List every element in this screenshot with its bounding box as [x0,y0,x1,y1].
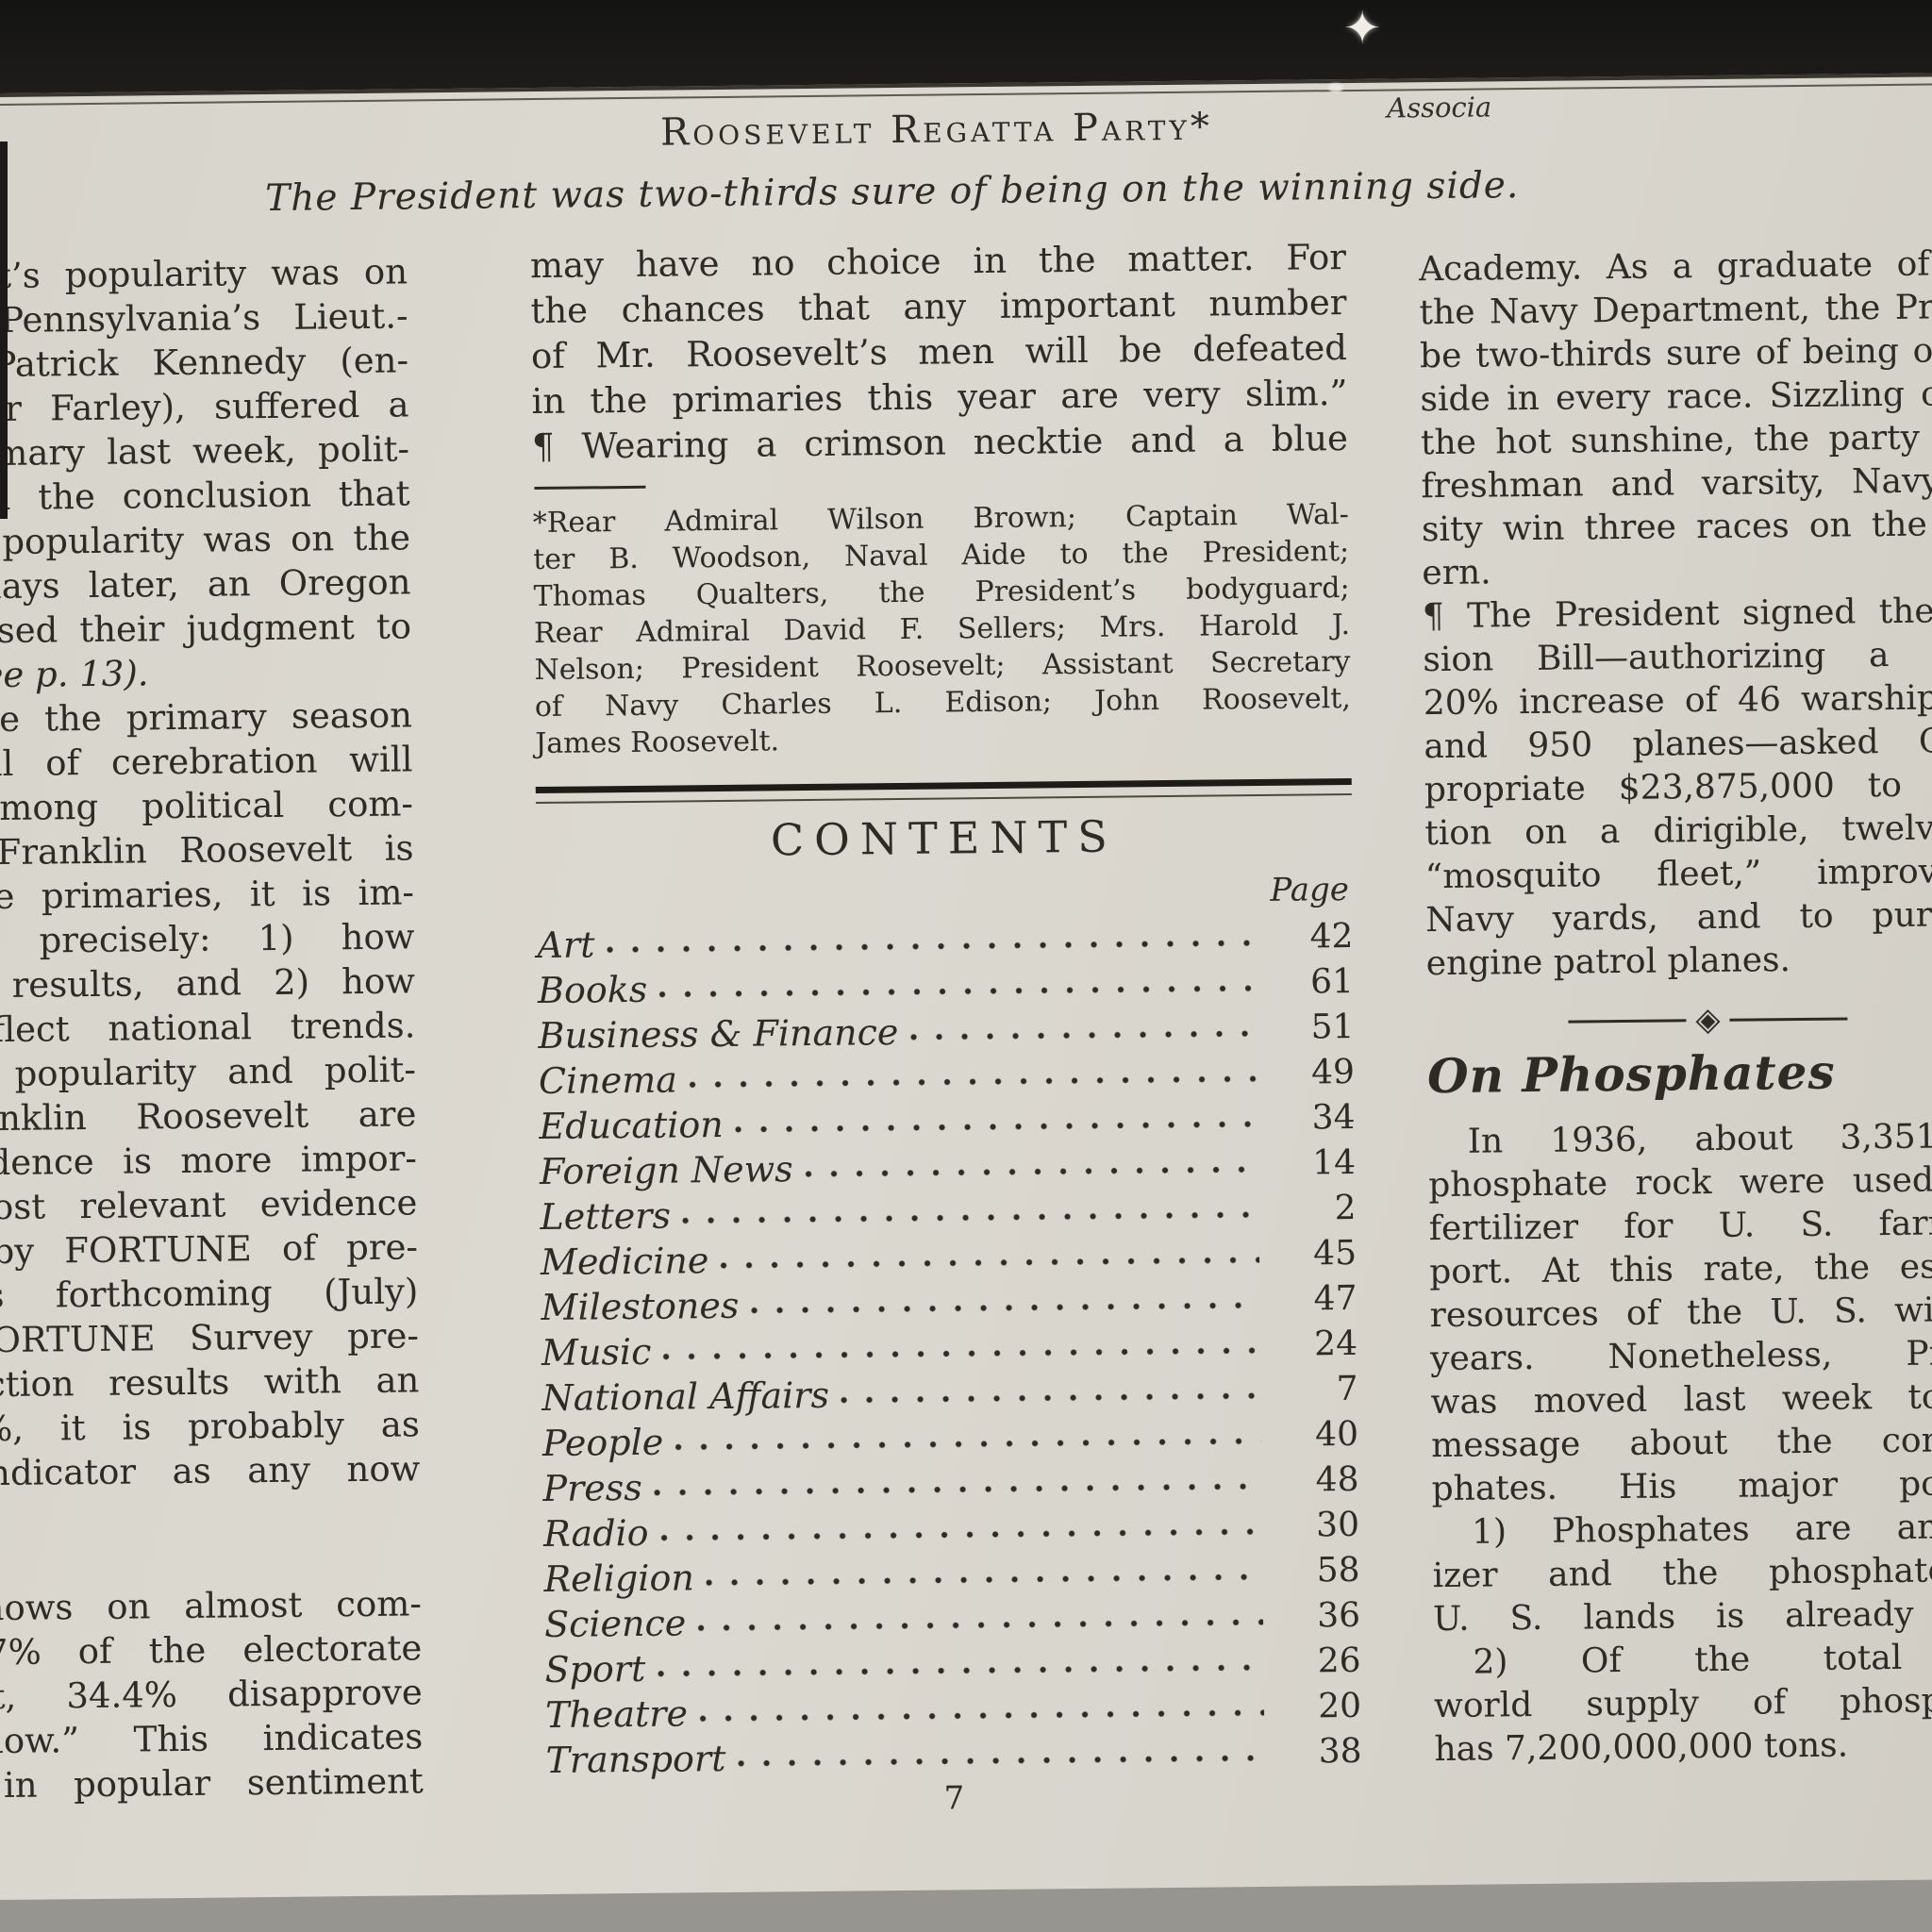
text-line: In 1936, about 3,351,000 [1428,1115,1932,1164]
photo-caption-title: Roosevelt Regatta Party* [528,104,1344,156]
contents-section-label: Art [537,924,594,966]
dot-leader [662,1347,1260,1360]
text-line: sity win three races on the spa [1422,503,1932,552]
text-line: ern. [1422,546,1932,595]
text-line: k’s most relevant evidence [0,1180,418,1230]
text-line: osevelt, 34.4% disapprove [0,1670,423,1720]
dot-leader [699,1709,1264,1722]
contents-page-number: 49 [1265,1052,1355,1094]
dot-leader [660,1528,1263,1541]
text-line: ee p. 13). [0,648,412,698]
contents-section-label: Education [539,1104,724,1147]
footnote: *Rear Admiral Wilson Brown; Captain Wal-… [533,496,1352,762]
contents-page-number: 14 [1266,1142,1356,1185]
dot-leader [909,1030,1257,1041]
text-line: Four days later, an Oregon [0,559,411,609]
magazine-page: Associa Roosevelt Regatta Party* The Pre… [0,71,1932,1901]
contents-row: Transport 38 [545,1727,1361,1781]
contents-page-number: 48 [1269,1459,1358,1502]
dot-leader [658,985,1257,998]
dot-leader [735,1121,1258,1133]
contents-rule-thin [536,793,1352,804]
text-line: reached the conclusion that [0,471,410,521]
section-heading: On Phosphates [1427,1042,1932,1104]
text-line: ate primary last week, polit- [0,426,409,476]
text-line: be two-thirds sure of being on th [1420,329,1932,378]
contents-page-number: 30 [1270,1505,1359,1547]
contents-section-label: Foreign News [540,1148,793,1192]
text-line: 5 election results with an [0,1357,420,1407]
contents-page-number: 26 [1271,1641,1360,1683]
text-line: phosphate rock were used, ch [1428,1158,1932,1207]
text-line: When Pennsylvania’s Lieut.- [0,293,408,343]
text-line: ical indicator as any now [0,1446,421,1496]
text-line: of its forthcoming (July) [0,1269,419,1319]
photo-caption-subtitle: The President was two-thirds sure of bei… [265,164,1520,220]
text-line: nade by FORTUNE of pre- [0,1224,418,1274]
text-line: ific toll of cerebration will [0,737,413,787]
contents-section-label: Radio [543,1512,649,1555]
dot-leader [737,1755,1264,1767]
page-number: 7 [546,1775,1362,1822]
left-column-block1: oosevelt’s popularity was onWhen Pennsyl… [0,249,421,1496]
contents-page-number: 42 [1263,916,1353,958]
contents-page-number: 7 [1268,1369,1357,1411]
diamond-divider-icon: ◈ [1695,1004,1721,1036]
text-line: engine patrol planes. [1426,937,1932,986]
dot-leader [750,1302,1259,1314]
text-line: ken among political com- [0,781,413,831]
contents-table: Art 42 Books 61 Business & Finance 51 Ci… [537,912,1362,1781]
contents-page-number: 2 [1266,1188,1356,1230]
dot-leader [654,1483,1262,1496]
section-divider: ◈ [1568,1001,1932,1038]
text-line: years. Nonetheless, Presid [1430,1332,1932,1381]
dot-leader [720,1257,1259,1269]
contents-section-label: Business & Finance [538,1011,898,1057]
text-line: lts reflect national trends. [0,1003,416,1053]
left-column-block2: ow shows on almost com-t 54.7% of the el… [0,1581,424,1808]
text-line: stmaster Farley), suffered a [0,382,409,432]
contents-section-label: Sport [544,1648,645,1690]
scan-edge-sliver [0,142,8,519]
text-line: sion Bill—authorizing a $1,1 [1423,633,1932,682]
text-line: ’t know.” This indicates [0,1714,424,1764]
text-line: U. S. lands is already bad [1433,1592,1932,1641]
white-speck [1328,83,1343,92]
text-line: ange in popular sentiment [0,1758,424,1808]
contents-section-label: Religion [543,1557,694,1600]
contents-page-number: 51 [1264,1007,1354,1049]
contents-section-label: Science [544,1602,687,1645]
contents-section-label: Cinema [539,1058,677,1102]
text-line: the Navy Department, the Presid [1419,286,1932,335]
text-line: side in every race. Sizzling comf [1420,373,1932,422]
dot-leader [606,940,1256,953]
contents-page-number: 40 [1269,1414,1358,1457]
text-line: fertilizer for U. S. farmers [1428,1202,1932,1251]
divider-line [1568,1019,1686,1023]
dot-leader [675,1438,1261,1451]
contents-section-label: Books [538,969,648,1011]
contents-section-label: Medicine [541,1240,709,1283]
contents-rule-thick [536,778,1352,793]
text-line: port. At this rate, the estima [1429,1245,1932,1294]
contents-section-label: Milestones [541,1285,739,1328]
text-line: n State primaries, it is im- [0,870,414,920]
contents-section-label: Transport [545,1738,725,1781]
text-line: ¶ Wearing a crimson necktie and a blue [532,416,1348,470]
text-line: 20% increase of 46 warships, 2 [1424,676,1932,725]
text-line: 2) Of the total 17 [1433,1636,1932,1685]
right-column-body: In 1936, about 3,351,000phosphate rock w… [1428,1115,1932,1772]
text-line: f Franklin Roosevelt are [0,1091,417,1141]
text-line: rsonal popularity and polit- [0,1047,416,1097]
divider-line [1730,1017,1848,1021]
dot-leader [657,1664,1263,1677]
section-gap [0,1491,422,1587]
text-line: freshman and varsity, Navy’s j [1421,459,1932,508]
dot-leader [706,1574,1263,1586]
text-line: ct evidence is more impor- [0,1136,417,1186]
text-line: was moved last week to se [1430,1375,1932,1424]
contents-page-number: 47 [1267,1278,1357,1321]
dot-leader [689,1075,1257,1088]
photo-credit: Associa [1387,91,1491,124]
right-text-column: Academy. As a graduate of Hathe Navy Dep… [1419,242,1932,1772]
text-line: Academy. As a graduate of Ha [1419,242,1932,291]
text-line: on caused their judgment to [0,604,411,654]
contents-page-number: 20 [1272,1686,1361,1728]
right-column-top: Academy. As a graduate of Hathe Navy Dep… [1419,242,1932,986]
text-line: message about the conserv [1431,1419,1932,1468]
contents-page-label: Page [537,871,1353,917]
text-line: resources of the U. S. will la [1429,1289,1932,1338]
contents-section-label: People [542,1422,664,1464]
text-line: propriate $23,875,000 to begi [1424,763,1932,812]
footnote-rule [534,486,645,490]
text-line: and 950 planes—asked Cong [1424,720,1932,769]
dot-leader [697,1619,1263,1631]
contents-section-label: Press [542,1467,642,1509]
text-line: the FORTUNE Survey pre- [0,1313,419,1363]
text-line: the hot sunshine, the party saw [1421,416,1932,465]
contents-page-number: 61 [1264,961,1354,1004]
text-line: ow shows on almost com- [0,1581,422,1631]
text-line: has 7,200,000,000 tons. [1434,1723,1932,1772]
text-line: ut if Franklin Roosevelt is [0,825,414,875]
contents-section-label: Letters [540,1195,671,1238]
text-line: “mosquito fleet,” improveme [1425,850,1932,899]
contents-page-number: 36 [1271,1595,1360,1638]
text-line: lculate precisely: 1) how [0,914,415,964]
text-line: tion on a dirigible, twelve n [1424,807,1932,856]
contents-title: CONTENTS [536,808,1353,868]
contents-page-number: 24 [1268,1324,1357,1366]
text-line: t 54.7% of the electorate [0,1625,423,1675]
text-line: world supply of phosphate [1434,1679,1932,1728]
text-line: ¶ The President signed the Na [1423,590,1932,639]
contents-page-number: 45 [1267,1233,1357,1275]
text-line: s the results, and 2) how [0,958,415,1008]
text-line: , before the primary season [0,692,412,742]
middle-column: may have no choice in the matter. Forthe… [530,235,1362,1781]
middle-body: may have no choice in the matter. Forthe… [530,235,1348,470]
text-line: 1) Phosphates are an in [1432,1506,1932,1555]
contents-section-label: National Affairs [541,1374,829,1419]
dot-leader [682,1211,1259,1224]
dot-leader [805,1166,1258,1177]
text-line: evelt’s popularity was on the [0,515,410,565]
text-line: phates. His major points: [1431,1462,1932,1511]
footnote-line: James Roosevelt. [535,717,1351,762]
contents-page-number: 58 [1270,1550,1359,1592]
contents-section-label: Music [541,1331,652,1374]
text-line: izer and the phosphate c [1432,1549,1932,1598]
dot-leader [841,1392,1261,1404]
text-line: Navy yards, and to purchas [1425,893,1932,942]
text-line: an 1%, it is probably as [0,1402,420,1452]
left-text-column: oosevelt’s popularity was onWhen Pennsyl… [0,249,424,1808]
star-mark-icon: ✦ [1343,2,1381,55]
text-line: omas Patrick Kennedy (en- [0,338,408,388]
contents-page-number: 38 [1272,1731,1361,1774]
text-line: oosevelt’s popularity was on [0,249,408,299]
contents-section-label: Theatre [545,1692,688,1736]
contents-page-number: 34 [1265,1097,1355,1140]
